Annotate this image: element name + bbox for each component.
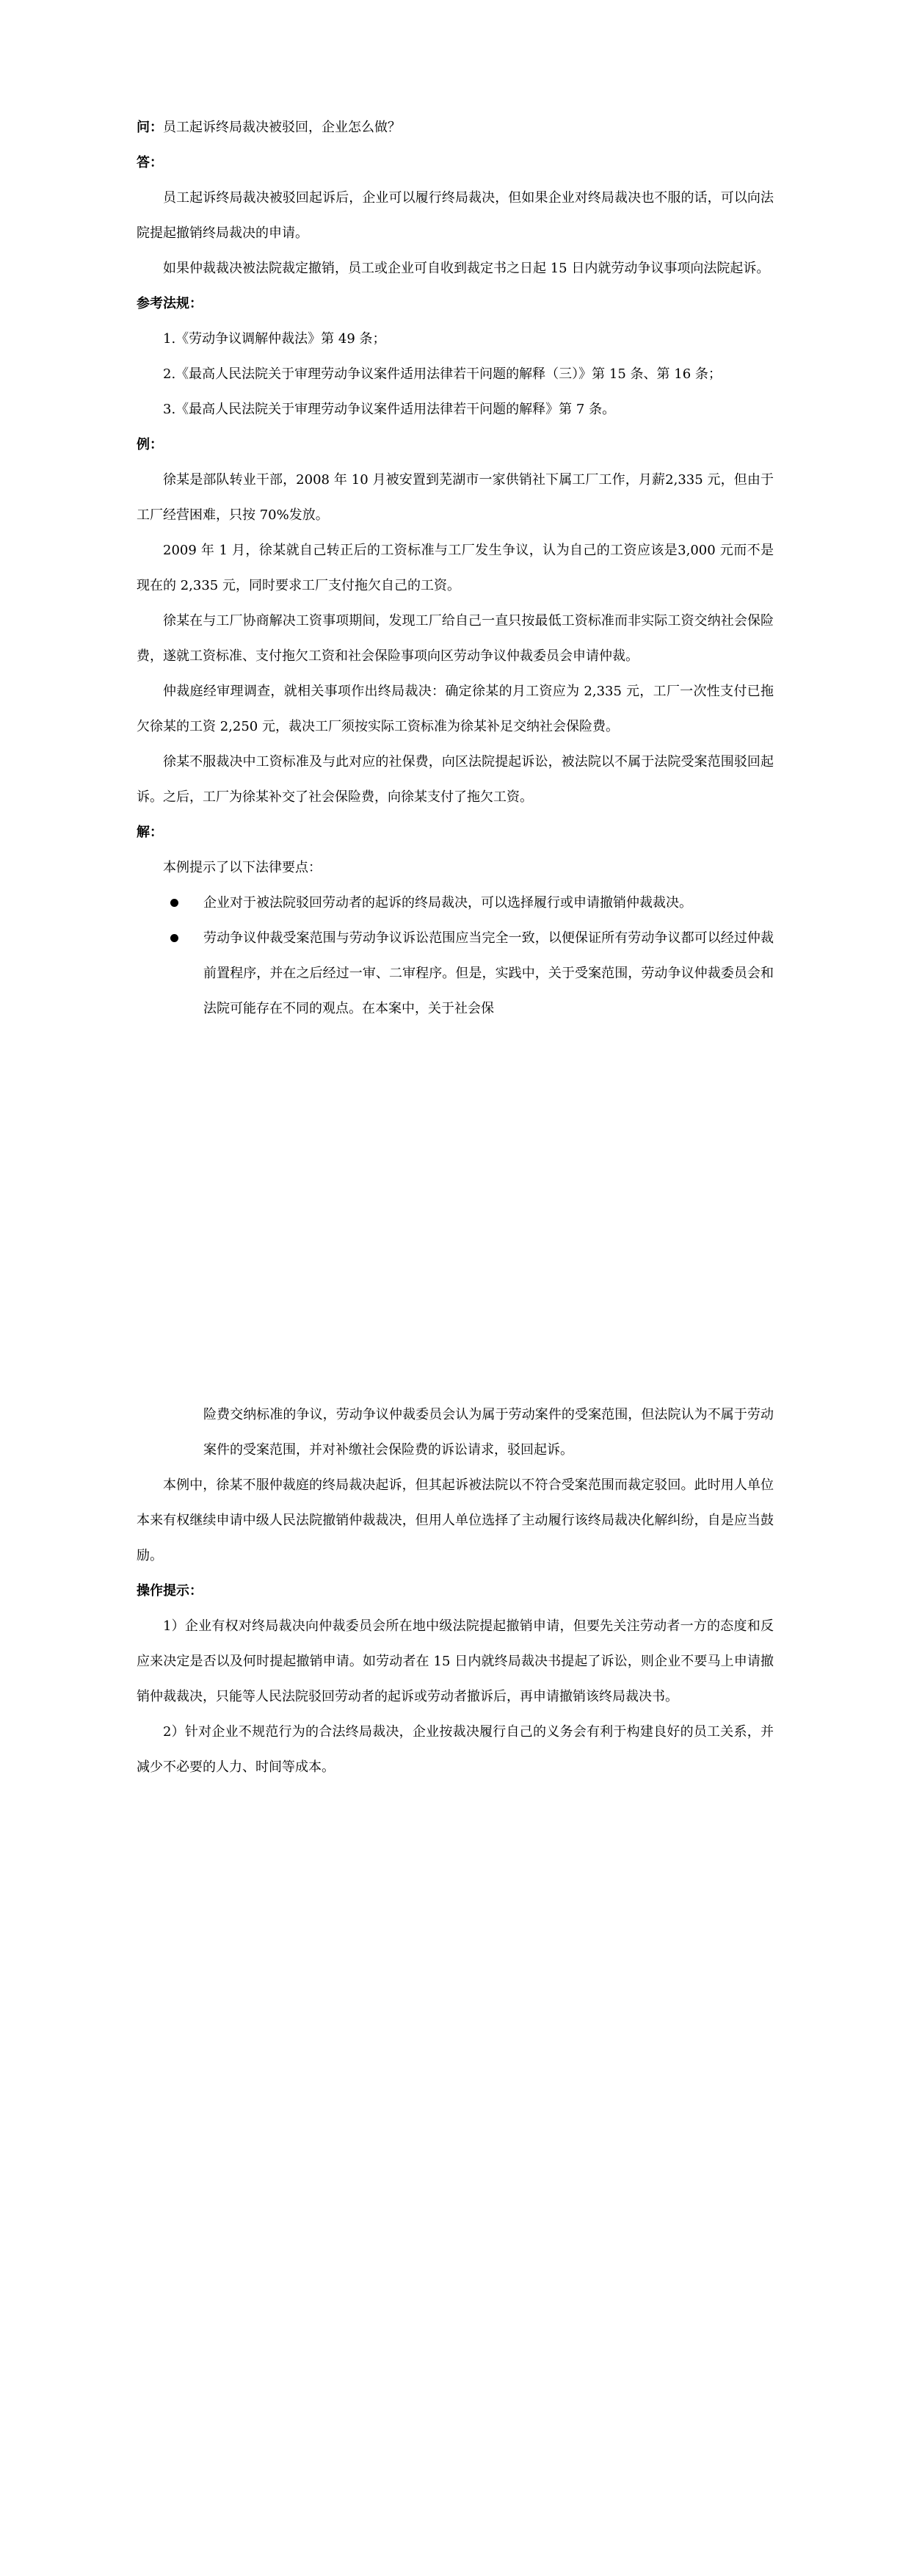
reference-item: 1.《劳动争议调解仲裁法》第 49 条； [137, 322, 774, 357]
answer-paragraph: 员工起诉终局裁决被驳回起诉后，企业可以履行终局裁决，但如果企业对终局裁决也不服的… [137, 181, 774, 251]
bullet-continuation: 险费交纳标准的争议，劳动争议仲裁委员会认为属于劳动案件的受案范围，但法院认为不属… [137, 1397, 774, 1468]
example-heading: 例： [137, 427, 774, 463]
bullet-dot-icon [170, 899, 178, 907]
analysis-heading: 解： [137, 815, 774, 850]
page-1: 问：员工起诉终局裁决被驳回，企业怎么做？ 答： 员工起诉终局裁决被驳回起诉后，企… [137, 110, 774, 1027]
bullet-text: 企业对于被法院驳回劳动者的起诉的终局裁决，可以选择履行或申请撤销仲裁裁决。 [203, 895, 692, 911]
tips-paragraph: 2）针对企业不规范行为的合法终局裁决，企业按裁决履行自己的义务会有利于构建良好的… [137, 1715, 774, 1785]
question-label: 问： [137, 120, 163, 135]
answer-heading: 答： [137, 145, 774, 181]
analysis-closing: 本例中，徐某不服仲裁庭的终局裁决起诉，但其起诉被法院以不符合受案范围而裁定驳回。… [137, 1468, 774, 1574]
example-paragraph: 徐某在与工厂协商解决工资事项期间，发现工厂给自己一直只按最低工资标准而非实际工资… [137, 604, 774, 674]
references-heading: 参考法规： [137, 286, 774, 322]
analysis-bullet-item: 劳动争议仲裁受案范围与劳动争议诉讼范围应当完全一致，以便保证所有劳动争议都可以经… [137, 921, 774, 1027]
question-text: 员工起诉终局裁决被驳回，企业怎么做？ [163, 120, 401, 135]
example-paragraph: 仲裁庭经审理调查，就相关事项作出终局裁决：确定徐某的月工资应为 2,335 元，… [137, 674, 774, 745]
answer-paragraph: 如果仲裁裁决被法院裁定撤销，员工或企业可自收到裁定书之日起 15 日内就劳动争议… [137, 251, 774, 286]
analysis-bullet-list: 企业对于被法院驳回劳动者的起诉的终局裁决，可以选择履行或申请撤销仲裁裁决。 劳动… [137, 886, 774, 1027]
reference-item: 3.《最高人民法院关于审理劳动争议案件适用法律若干问题的解释》第 7 条。 [137, 392, 774, 427]
page-2: 险费交纳标准的争议，劳动争议仲裁委员会认为属于劳动案件的受案范围，但法院认为不属… [137, 1397, 774, 1785]
reference-item: 2.《最高人民法院关于审理劳动争议案件适用法律若干问题的解释（三）》第 15 条… [137, 357, 774, 392]
tips-heading: 操作提示： [137, 1574, 774, 1609]
analysis-bullet-item: 企业对于被法院驳回劳动者的起诉的终局裁决，可以选择履行或申请撤销仲裁裁决。 [137, 886, 774, 921]
bullet-text: 劳动争议仲裁受案范围与劳动争议诉讼范围应当完全一致，以便保证所有劳动争议都可以经… [203, 930, 774, 1016]
tips-paragraph: 1）企业有权对终局裁决向仲裁委员会所在地中级法院提起撤销申请，但要先关注劳动者一… [137, 1609, 774, 1715]
analysis-intro: 本例提示了以下法律要点： [137, 850, 774, 886]
question-line: 问：员工起诉终局裁决被驳回，企业怎么做？ [137, 110, 774, 145]
example-paragraph: 2009 年 1 月，徐某就自己转正后的工资标准与工厂发生争议，认为自己的工资应… [137, 533, 774, 604]
bullet-dot-icon [170, 934, 178, 942]
example-paragraph: 徐某不服裁决中工资标准及与此对应的社保费，向区法院提起诉讼，被法院以不属于法院受… [137, 745, 774, 815]
example-paragraph: 徐某是部队转业干部，2008 年 10 月被安置到芜湖市一家供销社下属工厂工作，… [137, 463, 774, 533]
